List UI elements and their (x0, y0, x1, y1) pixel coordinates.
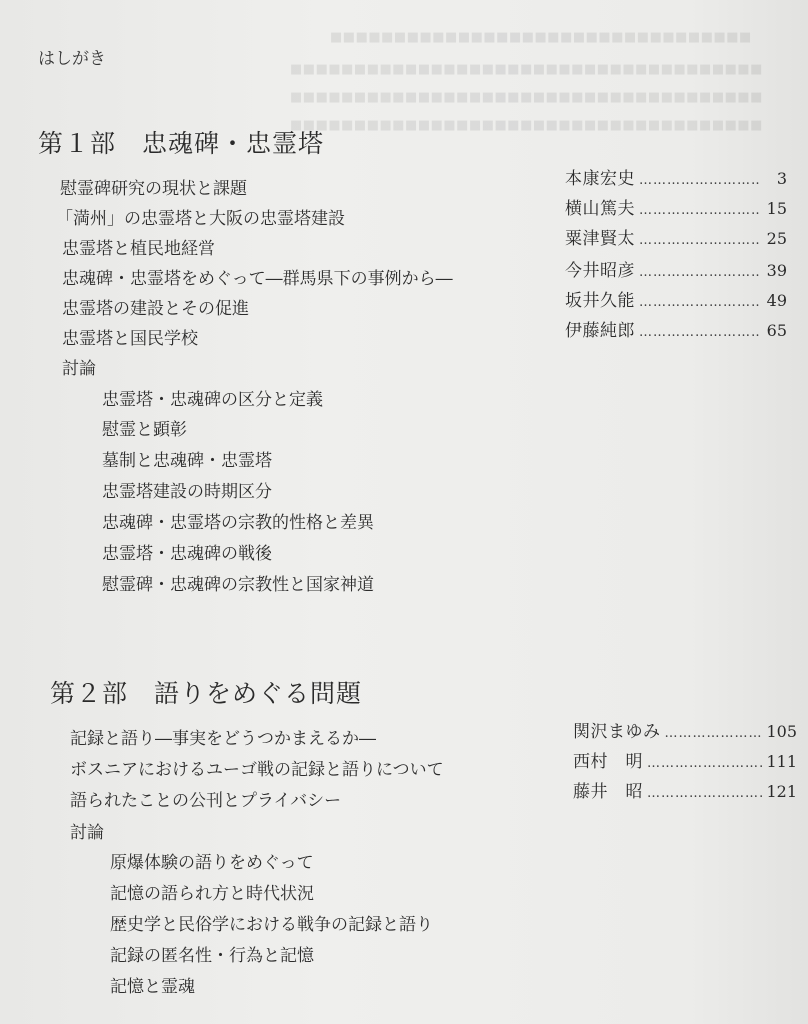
author-entry: 藤井 昭 ……………………………………………… 121 (573, 777, 797, 802)
article-title: 慰霊碑研究の現状と課題 (60, 174, 247, 199)
leader-dots: ……………………………………………… (639, 295, 761, 310)
page-number: 65 (765, 321, 787, 340)
author-entry: 関沢まゆみ ……………………………………………… 105 (573, 717, 797, 742)
discussion-topic: 忠霊塔・忠魂碑の戦後 (102, 539, 272, 564)
discussion-topic: 慰霊碑・忠魂碑の宗教性と国家神道 (102, 570, 374, 595)
part2-heading: 第２部語りをめぐる問題 (50, 674, 362, 710)
author-entry: 横山篤夫 ……………………………………………… 15 (565, 194, 787, 219)
leader-dots: ……………………………………………… (647, 786, 762, 801)
page-number: 25 (765, 229, 787, 248)
author-name: 藤井 昭 (573, 777, 643, 802)
article-title: 忠霊塔と国民学校 (62, 324, 198, 349)
part1-number: 第１部 (38, 129, 116, 158)
article-title: 記録と語り―事実をどうつかまえるか― (70, 724, 376, 749)
leader-dots: ……………………………………………… (639, 203, 761, 218)
discussion-topic: 墓制と忠魂碑・忠霊塔 (102, 446, 272, 471)
page-number: 3 (765, 169, 787, 188)
preface-entry: はしがき (38, 44, 106, 69)
author-entry: 伊藤純郎 ……………………………………………… 65 (565, 316, 787, 341)
discussion-label: 討論 (62, 354, 96, 379)
author-name: 本康宏史 (565, 164, 635, 189)
author-entry: 粟津賢太 ……………………………………………… 25 (565, 224, 787, 249)
discussion-topic: 原爆体験の語りをめぐって (110, 848, 314, 873)
discussion-topic: 記録の匿名性・行為と記憶 (110, 941, 314, 966)
page-number: 49 (765, 291, 787, 310)
discussion-topic: 慰霊と顕彰 (102, 415, 187, 440)
article-title: 「満州」の忠霊塔と大阪の忠霊塔建設 (56, 204, 345, 229)
discussion-topic: 忠霊塔建設の時期区分 (102, 477, 272, 502)
discussion-topic: 忠霊塔・忠魂碑の区分と定義 (102, 385, 323, 410)
page-number: 39 (765, 261, 787, 280)
leader-dots: ……………………………………………… (639, 233, 761, 248)
page-number: 105 (766, 722, 797, 741)
part2-number: 第２部 (50, 679, 128, 708)
page-number: 121 (766, 782, 797, 801)
page-number: 111 (766, 752, 797, 771)
article-title: 忠魂碑・忠霊塔をめぐって―群馬県下の事例から― (62, 264, 453, 289)
author-name: 関沢まゆみ (573, 717, 661, 742)
author-name: 横山篤夫 (565, 194, 635, 219)
bleed-through-text: ■■■■■■■■■■■■■■■■■■■■■■■■■■■■■■■■■■■■■ (290, 62, 763, 77)
author-entry: 今井昭彦 ……………………………………………… 39 (565, 256, 787, 281)
author-entry: 本康宏史 ……………………………………………… 3 (565, 164, 787, 189)
author-name: 西村 明 (573, 747, 643, 772)
author-name: 今井昭彦 (565, 256, 635, 281)
article-title: 忠霊塔の建設とその促進 (62, 294, 249, 319)
author-entry: 西村 明 ……………………………………………… 111 (573, 747, 797, 772)
author-name: 坂井久能 (565, 286, 635, 311)
discussion-topic: 忠魂碑・忠霊塔の宗教的性格と差異 (102, 508, 374, 533)
bleed-through-text: ■■■■■■■■■■■■■■■■■■■■■■■■■■■■■■■■■■■■■ (290, 118, 763, 133)
leader-dots: ……………………………………………… (639, 325, 761, 340)
discussion-topic: 記憶の語られ方と時代状況 (110, 879, 314, 904)
page-number: 15 (765, 199, 787, 218)
leader-dots: ……………………………………………… (639, 173, 761, 188)
discussion-label: 討論 (70, 818, 104, 843)
toc-page: ■■■■■■■■■■■■■■■■■■■■■■■■■■■■■■■■■ ■■■■■■… (0, 0, 808, 1024)
discussion-topic: 歴史学と民俗学における戦争の記録と語り (110, 910, 433, 935)
leader-dots: ……………………………………………… (647, 756, 762, 771)
part1-heading: 第１部忠魂碑・忠霊塔 (38, 124, 324, 160)
author-entry: 坂井久能 ……………………………………………… 49 (565, 286, 787, 311)
discussion-topic: 記憶と霊魂 (110, 972, 195, 997)
part2-title: 語りをめぐる問題 (154, 679, 362, 708)
author-name: 伊藤純郎 (565, 316, 635, 341)
leader-dots: ……………………………………………… (665, 726, 763, 741)
article-title: 忠霊塔と植民地経営 (62, 234, 215, 259)
bleed-through-text: ■■■■■■■■■■■■■■■■■■■■■■■■■■■■■■■■■■■■■ (290, 90, 763, 105)
leader-dots: ……………………………………………… (639, 265, 761, 280)
article-title: ボスニアにおけるユーゴ戦の記録と語りについて (70, 755, 444, 780)
author-name: 粟津賢太 (565, 224, 635, 249)
article-title: 語られたことの公刊とプライバシー (70, 786, 341, 811)
part1-title: 忠魂碑・忠霊塔 (142, 129, 324, 158)
bleed-through-text: ■■■■■■■■■■■■■■■■■■■■■■■■■■■■■■■■■ (330, 30, 752, 45)
